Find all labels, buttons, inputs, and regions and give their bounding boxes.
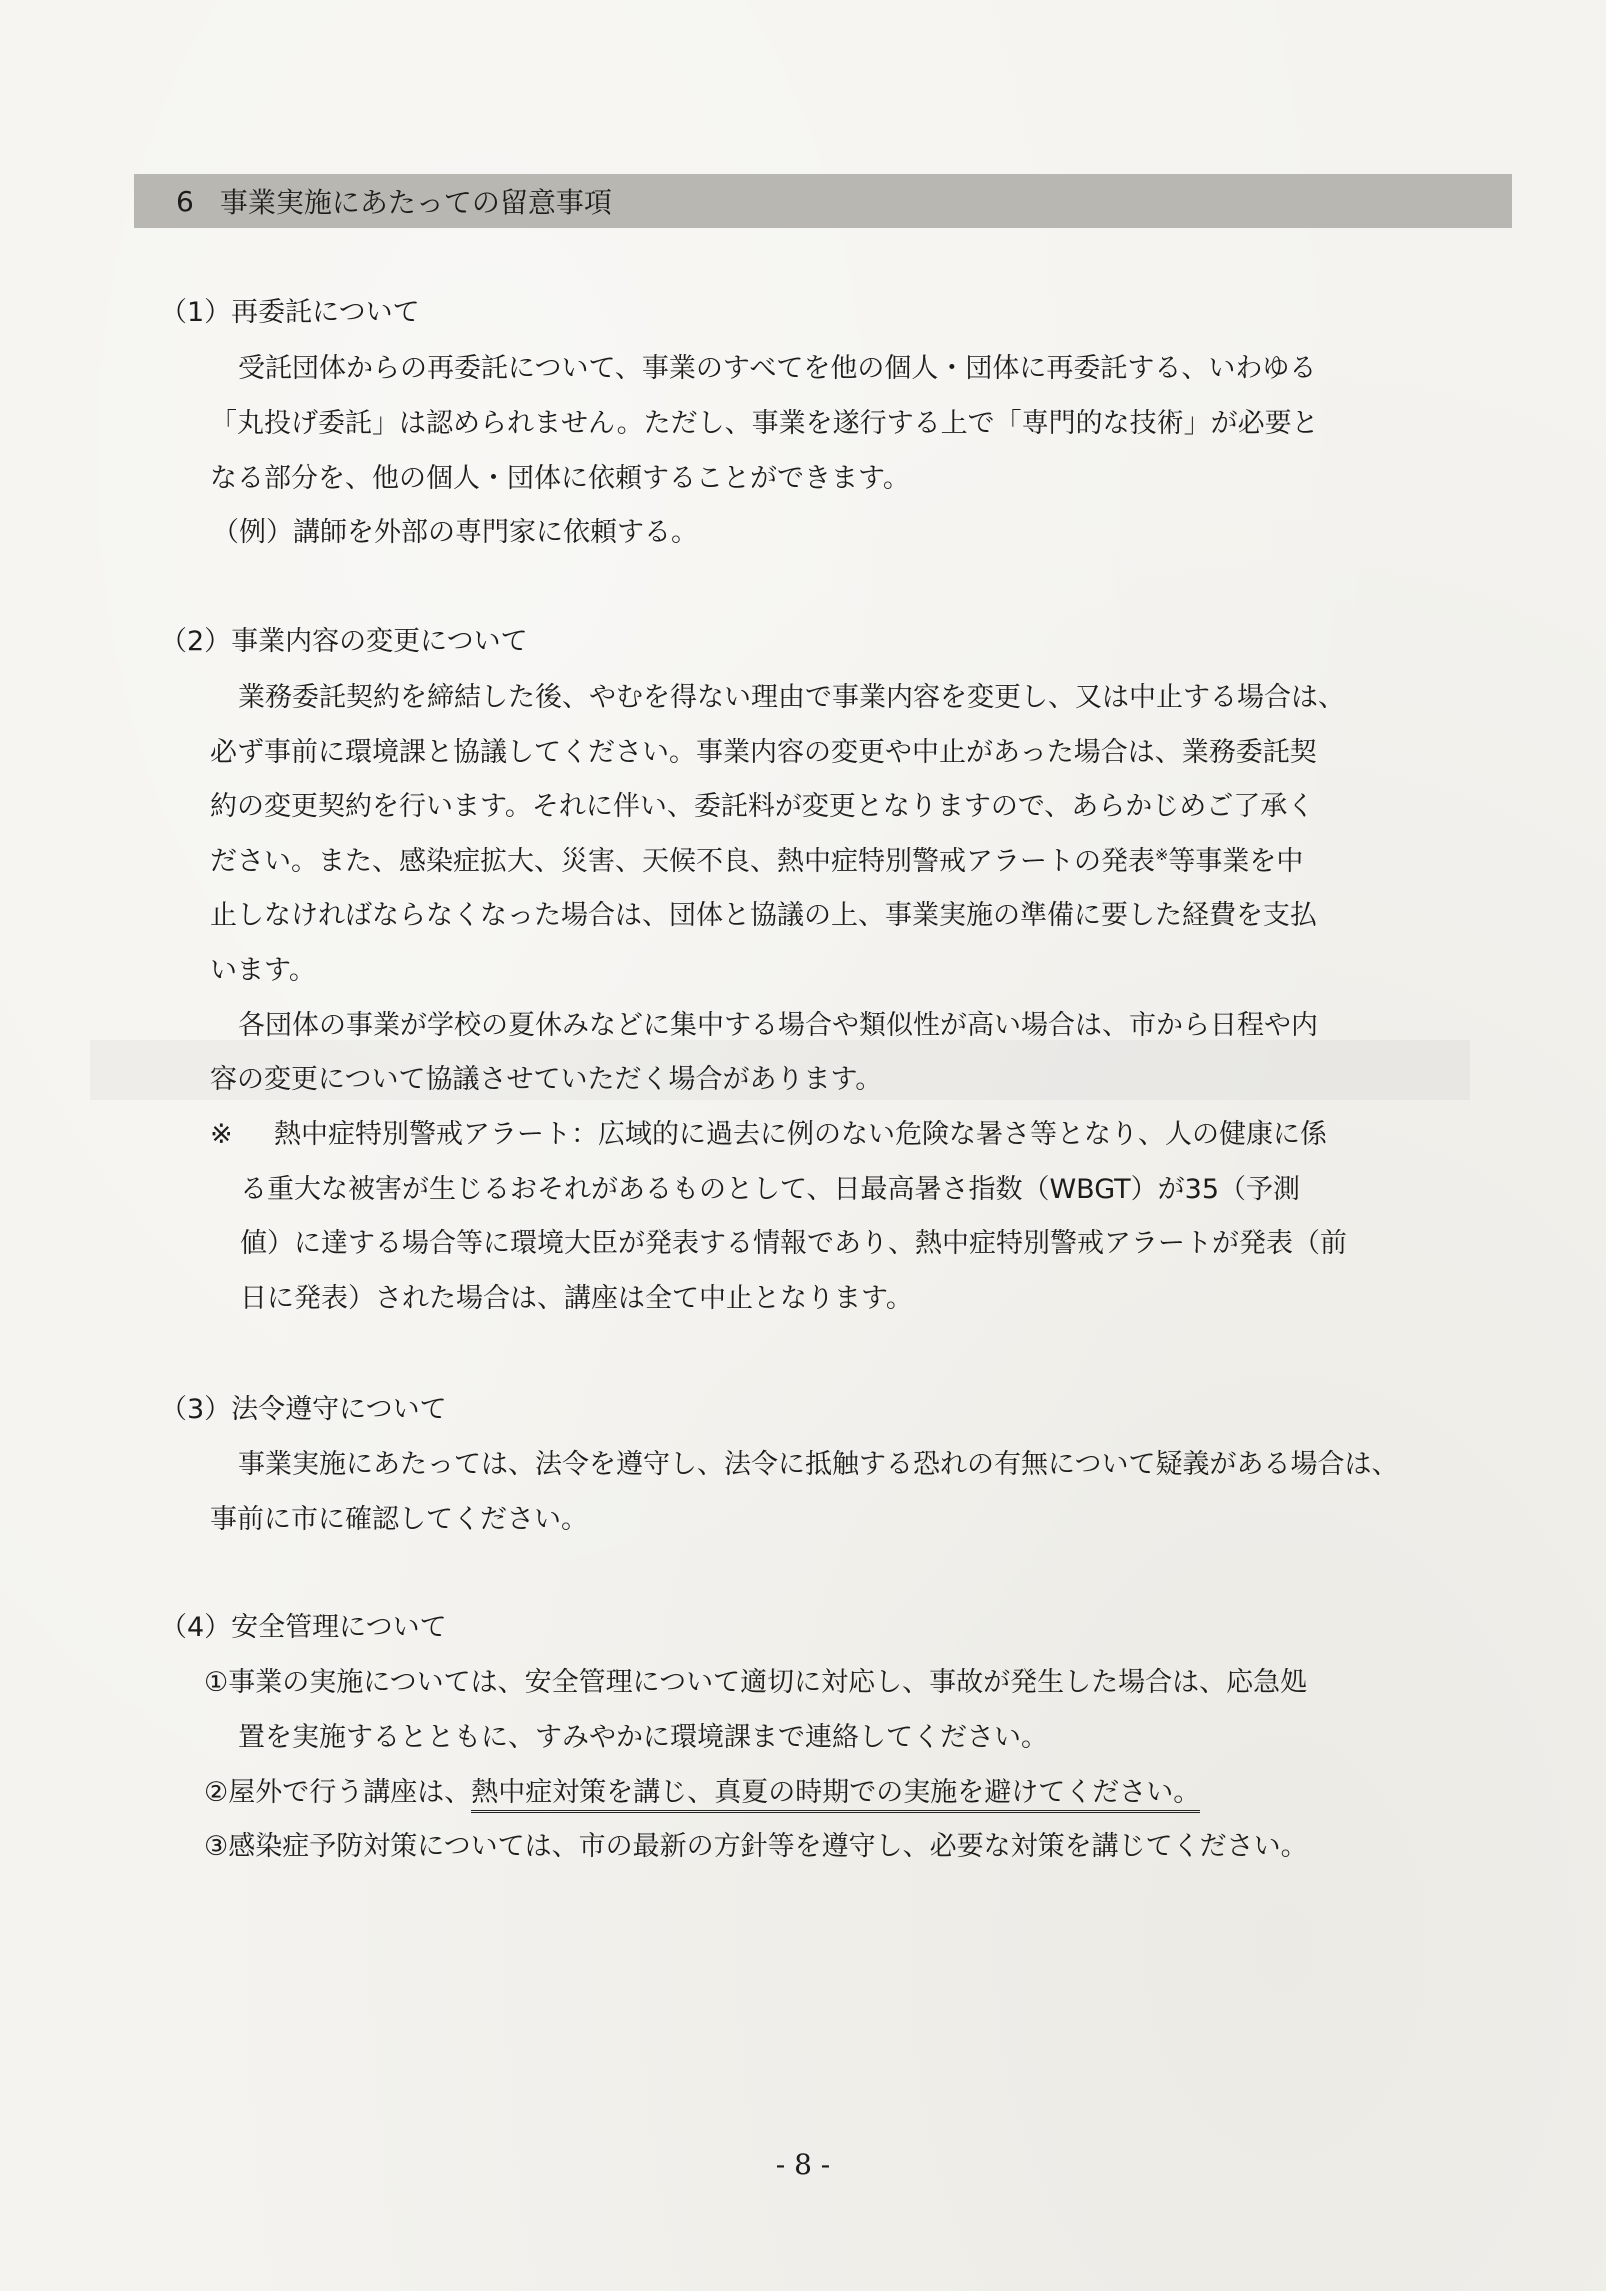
paragraph-line: います。	[210, 953, 316, 989]
paragraph-text: ださい。また、感染症拡大、災害、天候不良、熱中症特別警戒アラートの発表	[210, 846, 1155, 877]
paragraph-line: 必ず事前に環境課と協議してください。事業内容の変更や中止があった場合は、業務委託…	[210, 735, 1317, 771]
paragraph-line: 各団体の事業が学校の夏休みなどに集中する場合や類似性が高い場合は、市から日程や内	[238, 1008, 1318, 1044]
paragraph-line: 事前に市に確認してください。	[210, 1502, 588, 1538]
list-item-2: ②屋外で行う講座は、熱中症対策を講じ、真夏の時期での実施を避けてください。	[204, 1775, 1200, 1811]
paragraph-line: 業務委託契約を締結した後、やむを得ない理由で事業内容を変更し、又は中止する場合は…	[238, 680, 1345, 716]
page-number: - 8 -	[0, 2148, 1606, 2181]
list-item-3: ③感染症予防対策については、市の最新の方針等を遵守し、必要な対策を講じてください…	[204, 1829, 1308, 1865]
list-text: 感染症予防対策については、市の最新の方針等を遵守し、必要な対策を講じてください。	[228, 1831, 1307, 1862]
section-number: 6	[176, 185, 194, 218]
subsection-heading-compliance: （3）法令遵守について	[160, 1392, 447, 1428]
list-text: 事業の実施については、安全管理について適切に対応し、事故が発生した場合は、応急処	[228, 1667, 1307, 1698]
circled-number-1: ①	[204, 1667, 228, 1698]
footnote-marker: ※	[1155, 845, 1168, 864]
underlined-emphasis: 熱中症対策を講じ、真夏の時期での実施を避けてください。	[471, 1777, 1200, 1813]
paragraph-line: 容の変更について協議させていただく場合があります。	[210, 1062, 882, 1098]
note-marker: ※	[210, 1117, 233, 1153]
list-item-1: ①事業の実施については、安全管理について適切に対応し、事故が発生した場合は、応急…	[204, 1665, 1307, 1701]
circled-number-2: ②	[204, 1777, 228, 1808]
note-line: る重大な被害が生じるおそれがあるものとして、日最高暑さ指数（WBGT）が35（予…	[240, 1172, 1300, 1208]
paragraph-text: 等事業を中	[1168, 846, 1303, 877]
paragraph-line: 約の変更契約を行います。それに伴い、委託料が変更となりますので、あらかじめご了承…	[210, 789, 1314, 825]
paragraph-line: 「丸投げ委託」は認められません。ただし、事業を遂行する上で「専門的な技術」が必要…	[210, 406, 1319, 442]
section-header: 6 事業実施にあたっての留意事項	[134, 174, 1512, 228]
list-item-1-continued: 置を実施するとともに、すみやかに環境課まで連絡してください。	[238, 1720, 1048, 1756]
paragraph-line: なる部分を、他の個人・団体に依頼することができます。	[210, 461, 910, 497]
note-line: 日に発表）された場合は、講座は全て中止となります。	[240, 1281, 913, 1317]
note-line: 熱中症特別警戒アラート：広域的に過去に例のない危険な暑さ等となり、人の健康に係	[274, 1117, 1327, 1153]
paragraph-line: 止しなければならなくなった場合は、団体と協議の上、事業実施の準備に要した経費を支…	[210, 898, 1317, 934]
list-text: 屋外で行う講座は、	[228, 1777, 471, 1808]
subsection-heading-subcontracting: （1）再委託について	[160, 295, 420, 331]
paragraph-line: 事業実施にあたっては、法令を遵守し、法令に抵触する恐れの有無について疑義がある場…	[238, 1447, 1398, 1483]
subsection-heading-safety: （4）安全管理について	[160, 1610, 447, 1646]
subsection-heading-content-change: （2）事業内容の変更について	[160, 624, 528, 660]
circled-number-3: ③	[204, 1831, 228, 1862]
example-line: （例）講師を外部の専門家に依頼する。	[212, 515, 698, 551]
paragraph-line: ださい。また、感染症拡大、災害、天候不良、熱中症特別警戒アラートの発表※等事業を…	[210, 844, 1303, 880]
note-line: 値）に達する場合等に環境大臣が発表する情報であり、熱中症特別警戒アラートが発表（…	[240, 1226, 1347, 1262]
section-title: 事業実施にあたっての留意事項	[220, 181, 612, 221]
paragraph-line: 受託団体からの再委託について、事業のすべてを他の個人・団体に再委託する、いわゆる	[238, 351, 1316, 387]
